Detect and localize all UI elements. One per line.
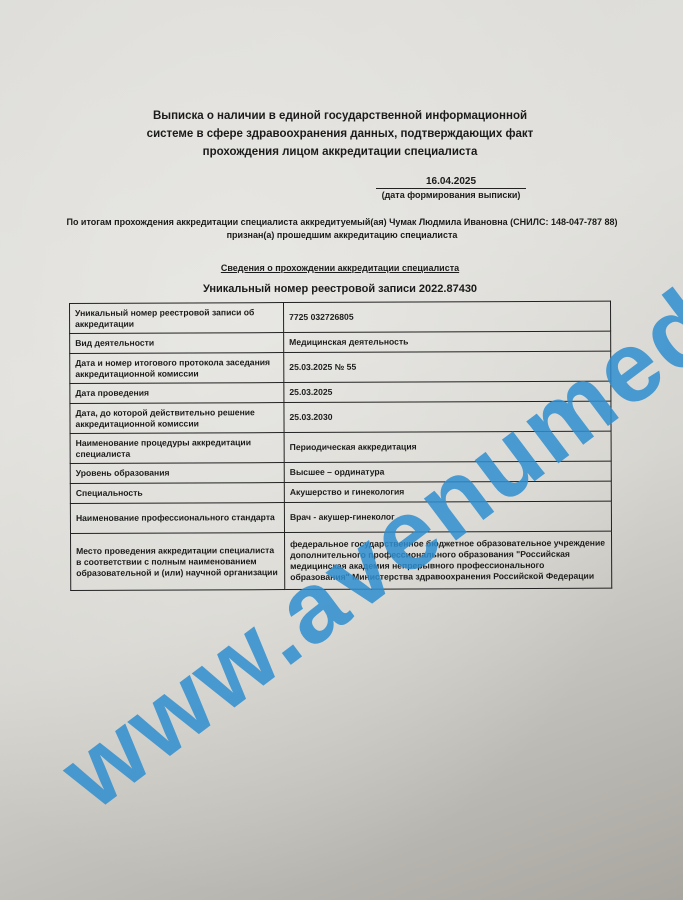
watermark: www.avenumed [40,266,683,832]
watermark-text: www.avenumed [40,266,683,832]
watermark-layer: www.avenumed [0,0,683,900]
